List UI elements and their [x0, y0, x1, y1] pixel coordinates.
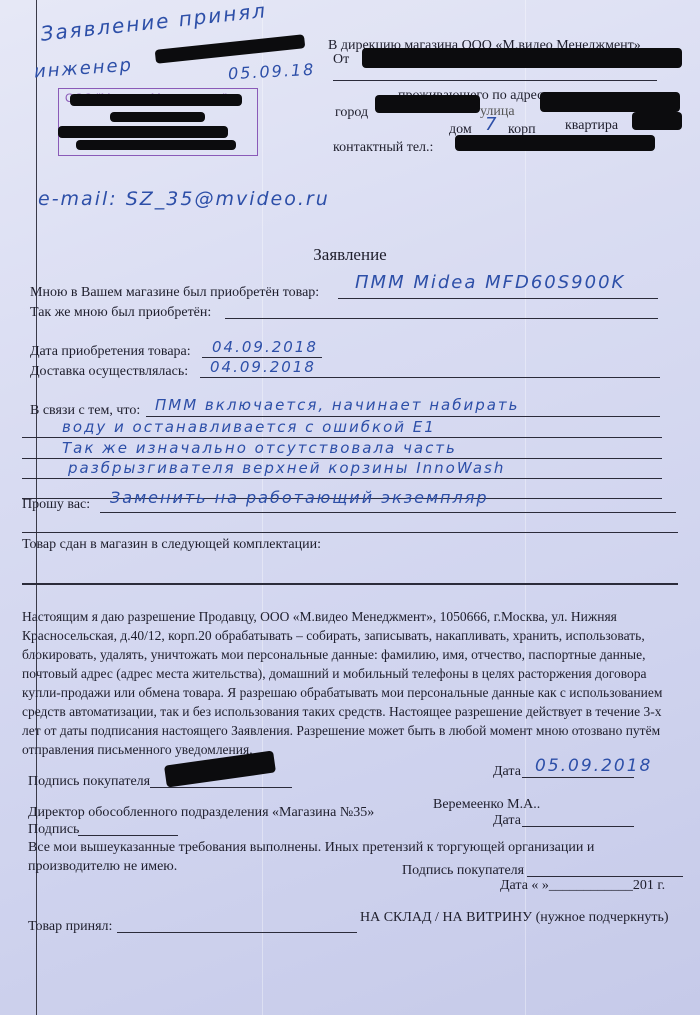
reason-line: ПММ включается, начинает набирать	[155, 396, 520, 414]
no-claims-text: Все мои вышеуказанные требования выполне…	[28, 838, 638, 876]
reason-label: В связи с тем, что:	[30, 403, 140, 419]
also-purchased-label: Так же мною был приобретён:	[30, 305, 211, 321]
delivery-date-value: 04.09.2018	[210, 358, 316, 376]
request-label: Прошу вас:	[22, 497, 90, 513]
consent-text: Настоящим я даю разрешение Продавцу, ООО…	[22, 607, 682, 759]
redacted-name	[155, 34, 306, 64]
redacted-from	[362, 48, 682, 68]
reason-line: Так же изначально отсутствовала часть	[62, 439, 457, 457]
store-email: e-mail: SZ_35@mvideo.ru	[38, 188, 330, 210]
redacted-stamp	[110, 112, 205, 122]
reason-line: воду и останавливается с ошибкой E1	[62, 418, 436, 436]
product-label: Мною в Вашем магазине был приобретён тов…	[30, 285, 319, 301]
kit-label: Товар сдан в магазин в следующей комплек…	[22, 537, 321, 553]
request-value: Заменить на работающий экземпляр	[110, 488, 489, 507]
signature-label: Подпись	[28, 822, 79, 838]
director-name: Веремеенко М.А..	[433, 797, 540, 813]
phone-label: контактный тел.:	[333, 140, 433, 156]
accepted-label: Товар принял:	[28, 919, 112, 935]
engineer-note: инженер	[33, 55, 133, 83]
purchase-date-label: Дата приобретения товара:	[30, 344, 191, 360]
redacted-apartment	[632, 112, 682, 130]
redacted-phone	[455, 135, 655, 151]
date-label: Дата	[493, 764, 521, 780]
redacted-city	[375, 95, 480, 113]
director-label: Директор обособленного подразделения «Ма…	[28, 805, 374, 821]
redacted-stamp	[58, 126, 228, 138]
house-number: 7	[485, 114, 498, 135]
purchase-date-value: 04.09.2018	[212, 338, 318, 356]
accepted-date: 05.09.18	[228, 60, 316, 84]
delivery-label: Доставка осуществлялась:	[30, 364, 188, 380]
apartment-label: квартира	[565, 118, 618, 134]
destination: НА СКЛАД / НА ВИТРИНУ (нужное подчеркнут…	[360, 910, 669, 926]
from-label: От	[333, 52, 349, 68]
signature-date-value: 05.09.2018	[535, 756, 652, 776]
redacted-street	[540, 92, 680, 112]
redacted-stamp	[76, 140, 236, 150]
buyer-signature-label-2: Подпись покупателя	[402, 863, 524, 879]
reason-line: разбрызгивателя верхней корзины InnoWash	[68, 459, 505, 477]
final-date: Дата « »____________201 г.	[500, 878, 665, 894]
buyer-signature-label: Подпись покупателя	[28, 774, 150, 790]
page-title: Заявление	[0, 245, 700, 265]
redacted-stamp	[70, 94, 242, 106]
director-date-label: Дата	[493, 813, 521, 829]
accepted-note: Заявление принял	[39, 0, 268, 46]
product-value: ПММ Midea MFD60S900K	[355, 272, 625, 293]
city-label: город	[335, 105, 368, 121]
